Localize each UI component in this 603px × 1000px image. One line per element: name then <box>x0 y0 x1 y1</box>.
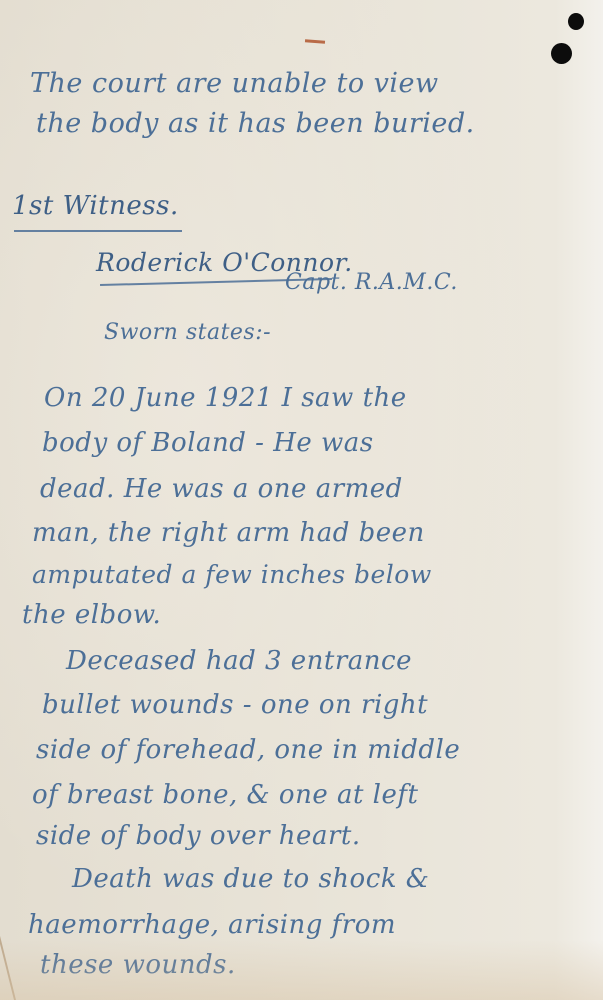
punch-hole <box>551 43 572 64</box>
punch-hole <box>568 13 584 30</box>
statement-line: amputated a few inches below <box>32 562 432 587</box>
witness-rank: Capt. R.A.M.C. <box>285 272 458 294</box>
statement-line: of breast bone, & one at left <box>32 782 418 808</box>
statement-line: the elbow. <box>22 602 161 628</box>
statement-line: these wounds. <box>40 952 236 978</box>
statement-line: haemorrhage, arising from <box>28 912 396 938</box>
statement-line: bullet wounds - one on right <box>42 692 428 718</box>
statement-line: On 20 June 1921 I saw the <box>44 385 407 411</box>
statement-line: Death was due to shock & <box>72 866 429 892</box>
witness-heading: 1st Witness. <box>12 193 179 219</box>
statement-line: side of forehead, one in middle <box>36 737 460 763</box>
statement-line: Deceased had 3 entrance <box>66 648 412 674</box>
statement-line: body of Boland - He was <box>42 430 374 456</box>
opening-line-2: the body as it has been buried. <box>36 110 475 137</box>
rust-stain <box>305 39 325 43</box>
document-page: The court are unable to view the body as… <box>0 0 603 1000</box>
statement-line: side of body over heart. <box>36 823 361 849</box>
sworn-states: Sworn states:- <box>104 322 271 344</box>
heading-underline <box>14 230 182 232</box>
page-corner-fold <box>0 910 16 1000</box>
opening-line-1: The court are unable to view <box>30 70 439 97</box>
statement-line: man, the right arm had been <box>32 520 425 546</box>
statement-line: dead. He was a one armed <box>40 476 403 502</box>
